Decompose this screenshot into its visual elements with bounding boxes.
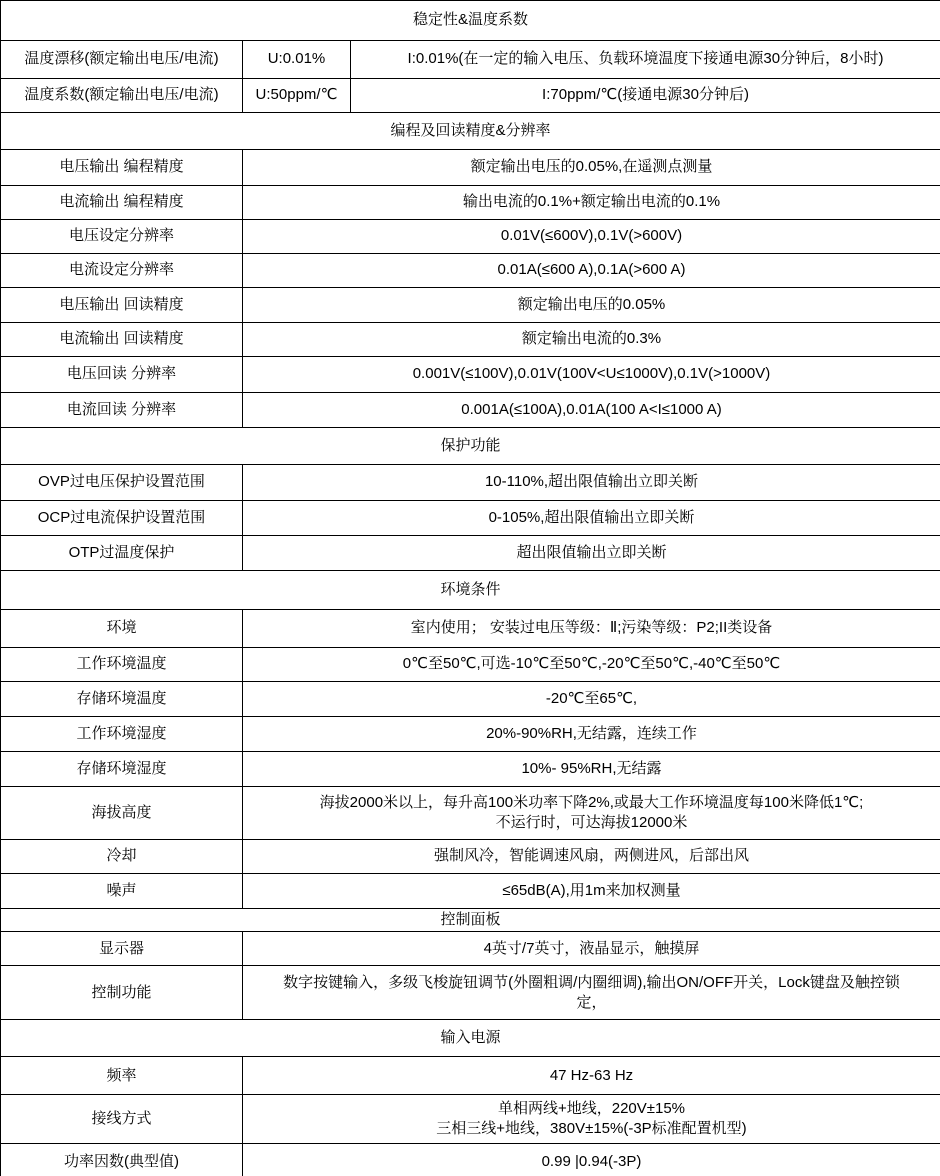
table-row: 温度漂移(额定输出电压/电流)U:0.01%I:0.01%(在一定的输入电压、负… [1, 41, 940, 79]
spec-table-body: 稳定性&温度系数温度漂移(额定输出电压/电流)U:0.01%I:0.01%(在一… [1, 1, 940, 1176]
table-row: 电流输出 编程精度输出电流的0.1%+额定输出电流的0.1% [1, 186, 940, 220]
row-value: 超出限值输出立即关断 [243, 536, 940, 571]
table-row: 噪声≤65dB(A),用1m来加权测量 [1, 874, 940, 909]
table-row: 电压输出 回读精度额定输出电压的0.05% [1, 288, 940, 323]
section-row: 稳定性&温度系数 [1, 1, 940, 41]
table-row: 显示器4英寸/7英寸，液晶显示，触摸屏 [1, 932, 940, 966]
table-row: 存储环境温度-20℃至65℃, [1, 682, 940, 717]
row-value-voltage: U:0.01% [243, 41, 351, 79]
row-label: 冷却 [1, 840, 243, 874]
table-row: 电压输出 编程精度额定输出电压的0.05%,在遥测点测量 [1, 150, 940, 186]
section-row: 环境条件 [1, 571, 940, 610]
row-value: 47 Hz-63 Hz [243, 1057, 940, 1095]
row-value: ≤65dB(A),用1m来加权测量 [243, 874, 940, 909]
row-value-voltage: U:50ppm/℃ [243, 79, 351, 113]
section-header: 控制面板 [1, 909, 940, 932]
row-label: 显示器 [1, 932, 243, 966]
row-label: 电压输出 编程精度 [1, 150, 243, 186]
section-row: 控制面板 [1, 909, 940, 932]
row-value: 额定输出电压的0.05% [243, 288, 940, 323]
row-label: 温度系数(额定输出电压/电流) [1, 79, 243, 113]
table-row: OTP过温度保护超出限值输出立即关断 [1, 536, 940, 571]
row-value: 单相两线+地线，220V±15% 三相三线+地线，380V±15%(-3P标准配… [243, 1095, 940, 1144]
table-row: 控制功能数字按键输入，多级飞梭旋钮调节(外圈粗调/内圈细调),输出ON/OFF开… [1, 966, 940, 1020]
row-value-current: I:70ppm/℃(接通电源30分钟后) [351, 79, 940, 113]
row-label: 存储环境湿度 [1, 752, 243, 787]
row-value: 额定输出电压的0.05%,在遥测点测量 [243, 150, 940, 186]
row-value: 0℃至50℃,可选-10℃至50℃,-20℃至50℃,-40℃至50℃ [243, 648, 940, 682]
row-label: 工作环境温度 [1, 648, 243, 682]
row-label: 电流输出 回读精度 [1, 323, 243, 357]
table-row: 工作环境温度0℃至50℃,可选-10℃至50℃,-20℃至50℃,-40℃至50… [1, 648, 940, 682]
section-header: 编程及回读精度&分辨率 [1, 113, 940, 150]
row-label: 电流输出 编程精度 [1, 186, 243, 220]
table-row: 电压设定分辨率0.01V(≤600V),0.1V(>600V) [1, 220, 940, 254]
row-label: 存储环境温度 [1, 682, 243, 717]
row-label: 温度漂移(额定输出电压/电流) [1, 41, 243, 79]
row-label: 接线方式 [1, 1095, 243, 1144]
table-row: 接线方式单相两线+地线，220V±15% 三相三线+地线，380V±15%(-3… [1, 1095, 940, 1144]
row-value: 室内使用； 安装过电压等级：Ⅱ;污染等级：P2;II类设备 [243, 610, 940, 648]
table-row: 电流回读 分辨率0.001A(≤100A),0.01A(100 A<I≤1000… [1, 393, 940, 428]
row-value: 输出电流的0.1%+额定输出电流的0.1% [243, 186, 940, 220]
row-label: 海拔高度 [1, 787, 243, 840]
section-header: 环境条件 [1, 571, 940, 610]
row-label: 工作环境湿度 [1, 717, 243, 752]
table-row: 海拔高度海拔2000米以上，每升高100米功率下降2%,或最大工作环境温度每10… [1, 787, 940, 840]
row-value: 额定输出电流的0.3% [243, 323, 940, 357]
row-value: 数字按键输入，多级飞梭旋钮调节(外圈粗调/内圈细调),输出ON/OFF开关，Lo… [243, 966, 940, 1020]
section-header: 稳定性&温度系数 [1, 1, 940, 41]
row-value-current: I:0.01%(在一定的输入电压、负载环境温度下接通电源30分钟后，8小时) [351, 41, 940, 79]
table-row: OVP过电压保护设置范围10-110%,超出限值输出立即关断 [1, 465, 940, 501]
spec-sheet-page: 稳定性&温度系数温度漂移(额定输出电压/电流)U:0.01%I:0.01%(在一… [0, 0, 940, 1176]
row-label: 电压设定分辨率 [1, 220, 243, 254]
row-label: 电压回读 分辨率 [1, 357, 243, 393]
row-value: 10%- 95%RH,无结露 [243, 752, 940, 787]
table-row: OCP过电流保护设置范围0-105%,超出限值输出立即关断 [1, 501, 940, 536]
row-value: 4英寸/7英寸，液晶显示，触摸屏 [243, 932, 940, 966]
row-value: 0.001V(≤100V),0.01V(100V<U≤1000V),0.1V(>… [243, 357, 940, 393]
section-row: 输入电源 [1, 1020, 940, 1057]
row-value: 10-110%,超出限值输出立即关断 [243, 465, 940, 501]
spec-table: 稳定性&温度系数温度漂移(额定输出电压/电流)U:0.01%I:0.01%(在一… [0, 0, 940, 1176]
table-row: 电流设定分辨率0.01A(≤600 A),0.1A(>600 A) [1, 254, 940, 288]
row-label: 噪声 [1, 874, 243, 909]
row-label: 功率因数(典型值) [1, 1144, 243, 1176]
row-label: 电流回读 分辨率 [1, 393, 243, 428]
row-value: 0.01A(≤600 A),0.1A(>600 A) [243, 254, 940, 288]
row-label: 频率 [1, 1057, 243, 1095]
row-value: 0.001A(≤100A),0.01A(100 A<I≤1000 A) [243, 393, 940, 428]
section-header: 保护功能 [1, 428, 940, 465]
row-value: -20℃至65℃, [243, 682, 940, 717]
row-label: OTP过温度保护 [1, 536, 243, 571]
row-label: OVP过电压保护设置范围 [1, 465, 243, 501]
table-row: 温度系数(额定输出电压/电流)U:50ppm/℃I:70ppm/℃(接通电源30… [1, 79, 940, 113]
section-row: 保护功能 [1, 428, 940, 465]
row-label: 控制功能 [1, 966, 243, 1020]
table-row: 冷却强制风冷，智能调速风扇，两侧进风，后部出风 [1, 840, 940, 874]
row-label: OCP过电流保护设置范围 [1, 501, 243, 536]
row-value: 海拔2000米以上，每升高100米功率下降2%,或最大工作环境温度每100米降低… [243, 787, 940, 840]
row-label: 电压输出 回读精度 [1, 288, 243, 323]
section-row: 编程及回读精度&分辨率 [1, 113, 940, 150]
row-value: 0.01V(≤600V),0.1V(>600V) [243, 220, 940, 254]
table-row: 频率47 Hz-63 Hz [1, 1057, 940, 1095]
table-row: 电压回读 分辨率0.001V(≤100V),0.01V(100V<U≤1000V… [1, 357, 940, 393]
row-value: 0-105%,超出限值输出立即关断 [243, 501, 940, 536]
row-value: 强制风冷，智能调速风扇，两侧进风，后部出风 [243, 840, 940, 874]
table-row: 功率因数(典型值)0.99 |0.94(-3P) [1, 1144, 940, 1176]
table-row: 存储环境湿度10%- 95%RH,无结露 [1, 752, 940, 787]
row-value: 20%-90%RH,无结露，连续工作 [243, 717, 940, 752]
row-label: 环境 [1, 610, 243, 648]
table-row: 电流输出 回读精度额定输出电流的0.3% [1, 323, 940, 357]
row-value: 0.99 |0.94(-3P) [243, 1144, 940, 1176]
table-row: 工作环境湿度20%-90%RH,无结露，连续工作 [1, 717, 940, 752]
table-row: 环境室内使用； 安装过电压等级：Ⅱ;污染等级：P2;II类设备 [1, 610, 940, 648]
row-label: 电流设定分辨率 [1, 254, 243, 288]
section-header: 输入电源 [1, 1020, 940, 1057]
